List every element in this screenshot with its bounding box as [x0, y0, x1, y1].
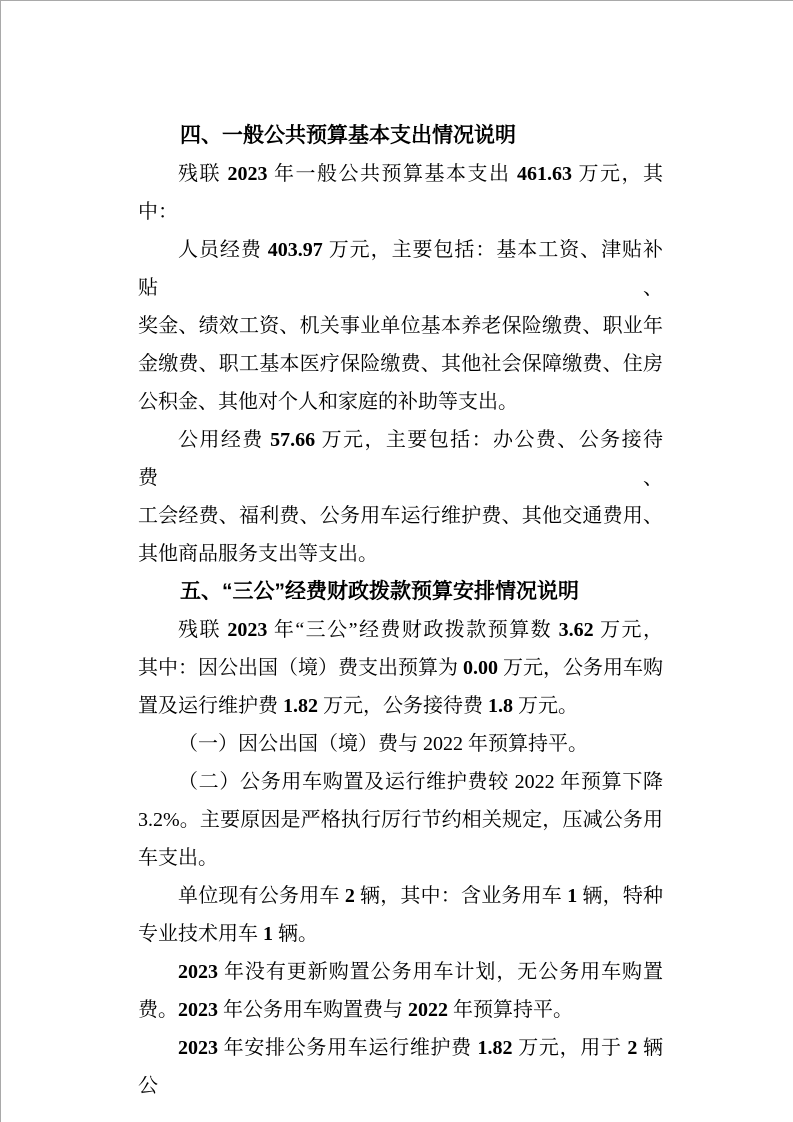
text-run: 单位现有公务用车	[178, 885, 345, 907]
text-line: 残联 2023 年一般公共预算基本支出 461.63 万元，其中：	[138, 155, 663, 231]
text-run: 万元，公务用车购	[498, 657, 663, 679]
body-paragraph: 残联 2023 年“三公”经费财政拨款预算数 3.62 万元，其中：因公出国（境…	[138, 611, 663, 725]
text-run: （二）公务用车购置及运行维护费较 2022 年预算下降	[178, 771, 663, 793]
text-line: 2023 年没有更新购置公务用车计划，无公务用车购置	[138, 953, 663, 991]
body-paragraph: 2023 年没有更新购置公务用车计划，无公务用车购置费。2023 年公务用车购置…	[138, 953, 663, 1029]
text-run: 其中：因公出国（境）费支出预算为	[138, 657, 463, 679]
text-run: 万元。	[513, 695, 578, 717]
text-run: 万元，公务接待费	[318, 695, 488, 717]
text-line: 工会经费、福利费、公务用车运行维护费、其他交通费用、	[138, 497, 663, 535]
body-paragraph: 公用经费 57.66 万元，主要包括：办公费、公务接待费、工会经费、福利费、公务…	[138, 421, 663, 573]
bold-number-run: 2	[345, 885, 355, 907]
text-line: 其他商品服务支出等支出。	[138, 535, 663, 573]
bold-number-run: 1.82	[283, 695, 318, 717]
text-run: 万元，用于	[513, 1037, 628, 1059]
text-run: 人员经费	[178, 239, 268, 261]
heading-paragraph: 四、一般公共预算基本支出情况说明	[138, 117, 663, 155]
text-line: （二）公务用车购置及运行维护费较 2022 年预算下降	[138, 763, 663, 801]
bold-number-run: 403.97	[268, 239, 323, 261]
text-line: 公积金、其他对个人和家庭的补助等支出。	[138, 383, 663, 421]
text-line: 费。2023 年公务用车购置费与 2022 年预算持平。	[138, 991, 663, 1029]
text-line: 金缴费、职工基本医疗保险缴费、其他社会保障缴费、住房	[138, 345, 663, 383]
text-line: 其中：因公出国（境）费支出预算为 0.00 万元，公务用车购	[138, 649, 663, 687]
text-line: 四、一般公共预算基本支出情况说明	[138, 117, 663, 155]
bold-number-run: 461.63	[517, 163, 572, 185]
text-line: 奖金、绩效工资、机关事业单位基本养老保险缴费、职业年	[138, 307, 663, 345]
text-run: 费。	[138, 999, 178, 1021]
text-line: 五、“三公”经费财政拨款预算安排情况说明	[138, 573, 663, 611]
text-line: 2023 年安排公务用车运行维护费 1.82 万元，用于 2 辆公	[138, 1029, 663, 1105]
text-run: 年没有更新购置公务用车计划，无公务用车购置	[218, 961, 663, 983]
text-run: 万元，	[594, 619, 663, 641]
text-run: 五、“三公”经费财政拨款预算安排情况说明	[180, 580, 579, 603]
text-run: 公积金、其他对个人和家庭的补助等支出。	[138, 391, 518, 413]
body-paragraph: 单位现有公务用车 2 辆，其中：含业务用车 1 辆，特种专业技术用车 1 辆。	[138, 877, 663, 953]
text-run: （一）因公出国（境）费与 2022 年预算持平。	[178, 733, 588, 755]
text-run: 工会经费、福利费、公务用车运行维护费、其他交通费用、	[138, 505, 663, 527]
text-run: 残联	[178, 619, 227, 641]
bold-number-run: 2022	[408, 999, 448, 1021]
text-run: 公用经费	[178, 429, 270, 451]
heading-paragraph: 五、“三公”经费财政拨款预算安排情况说明	[138, 573, 663, 611]
document-page: 四、一般公共预算基本支出情况说明残联 2023 年一般公共预算基本支出 461.…	[0, 0, 793, 1122]
body-paragraph: 人员经费 403.97 万元，主要包括：基本工资、津贴补贴、奖金、绩效工资、机关…	[138, 231, 663, 421]
text-run: 其他商品服务支出等支出。	[138, 543, 378, 565]
text-line: 人员经费 403.97 万元，主要包括：基本工资、津贴补贴、	[138, 231, 663, 307]
bold-number-run: 2023	[228, 163, 268, 185]
text-run: 金缴费、职工基本医疗保险缴费、其他社会保障缴费、住房	[138, 353, 663, 375]
body-paragraph: 残联 2023 年一般公共预算基本支出 461.63 万元，其中：	[138, 155, 663, 231]
text-run: 残联	[178, 163, 228, 185]
bold-number-run: 2023	[227, 619, 267, 641]
text-run: 年公务用车购置费与	[218, 999, 408, 1021]
body-paragraph: （一）因公出国（境）费与 2022 年预算持平。	[138, 725, 663, 763]
text-line: （一）因公出国（境）费与 2022 年预算持平。	[138, 725, 663, 763]
text-run: 年一般公共预算基本支出	[268, 163, 518, 185]
bold-number-run: 2	[627, 1037, 637, 1059]
bold-number-run: 1	[567, 885, 577, 907]
bold-number-run: 2023	[178, 999, 218, 1021]
bold-number-run: 2023	[178, 1037, 218, 1059]
text-run: 年“三公”经费财政拨款预算数	[267, 619, 558, 641]
text-line: 置及运行维护费 1.82 万元，公务接待费 1.8 万元。	[138, 687, 663, 725]
text-line: 专业技术用车 1 辆。	[138, 915, 663, 953]
text-run: 四、一般公共预算基本支出情况说明	[180, 124, 516, 147]
text-run: 置及运行维护费	[138, 695, 283, 717]
text-run: 辆。	[273, 923, 318, 945]
document-body: 四、一般公共预算基本支出情况说明残联 2023 年一般公共预算基本支出 461.…	[138, 117, 663, 1105]
body-paragraph: 2023 年安排公务用车运行维护费 1.82 万元，用于 2 辆公	[138, 1029, 663, 1105]
text-run: 3.2%。主要原因是严格执行厉行节约相关规定，压减公务用	[138, 809, 663, 831]
text-run: 辆，其中：含业务用车	[355, 885, 567, 907]
bold-number-run: 2023	[178, 961, 218, 983]
bold-number-run: 0.00	[463, 657, 498, 679]
bold-number-run: 57.66	[270, 429, 315, 451]
text-line: 车支出。	[138, 839, 663, 877]
text-run: 专业技术用车	[138, 923, 263, 945]
body-paragraph: （二）公务用车购置及运行维护费较 2022 年预算下降3.2%。主要原因是严格执…	[138, 763, 663, 877]
text-line: 3.2%。主要原因是严格执行厉行节约相关规定，压减公务用	[138, 801, 663, 839]
text-line: 单位现有公务用车 2 辆，其中：含业务用车 1 辆，特种	[138, 877, 663, 915]
text-line: 公用经费 57.66 万元，主要包括：办公费、公务接待费、	[138, 421, 663, 497]
bold-number-run: 1.82	[478, 1037, 513, 1059]
text-run: 年安排公务用车运行维护费	[218, 1037, 478, 1059]
bold-number-run: 3.62	[559, 619, 594, 641]
text-line: 残联 2023 年“三公”经费财政拨款预算数 3.62 万元，	[138, 611, 663, 649]
bold-number-run: 1.8	[488, 695, 513, 717]
text-run: 辆，特种	[577, 885, 663, 907]
text-run: 车支出。	[138, 847, 218, 869]
text-run: 奖金、绩效工资、机关事业单位基本养老保险缴费、职业年	[138, 315, 663, 337]
bold-number-run: 1	[263, 923, 273, 945]
text-run: 年预算持平。	[448, 999, 573, 1021]
